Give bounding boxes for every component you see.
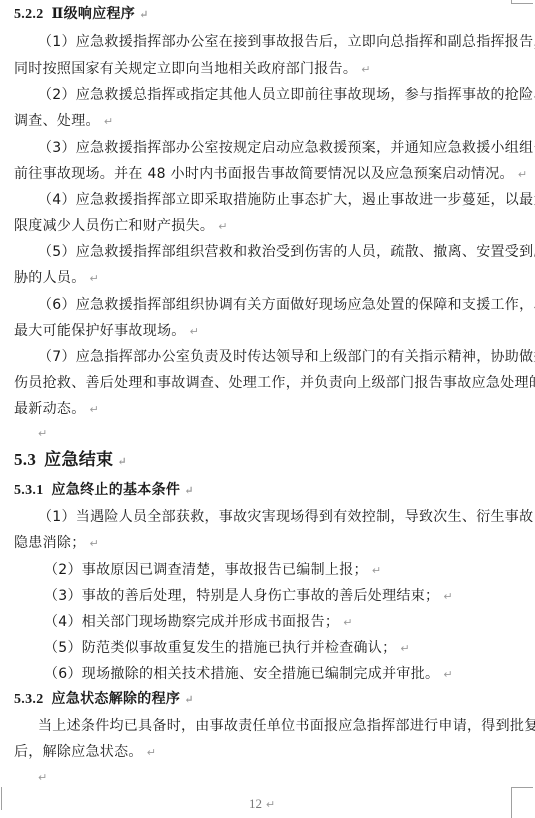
empty-paragraph: ↵ bbox=[38, 424, 48, 443]
text: （3）事故的善后处理，特别是人身伤亡事故的善后处理结束； bbox=[44, 588, 439, 604]
paragraph-mark-icon: ↵ bbox=[218, 220, 228, 233]
heading-number: 5.3.1 bbox=[14, 483, 44, 498]
paragraph-mark-icon: ↵ bbox=[343, 616, 353, 629]
body-text-line: （3）应急救援指挥部办公室按规定启动应急救援预案，并通知应急救援小组组长 bbox=[38, 139, 535, 157]
margin-corner-bottom-right bbox=[511, 787, 533, 788]
paragraph-mark-icon: ↵ bbox=[38, 427, 48, 440]
paragraph-mark-icon: ↵ bbox=[184, 694, 194, 706]
body-text-line: 限度减少人员伤亡和财产损失。↵ bbox=[14, 217, 228, 236]
body-text-line: （1）应急救援指挥部办公室在接到事故报告后，立即向总指挥和副总指挥报告， bbox=[38, 33, 535, 51]
body-text-line: 同时按照国家有关规定立即向当地相关政府部门报告。↵ bbox=[14, 60, 371, 79]
text: （1）应急救援指挥部办公室在接到事故报告后，立即向总指挥和副总指挥报告， bbox=[38, 34, 535, 50]
body-text-line: （5）应急救援指挥部组织营救和救治受到伤害的人员，疏散、撤离、安置受到威 bbox=[38, 243, 535, 261]
body-text-line: 最大可能保护好事故现场。↵ bbox=[14, 322, 199, 341]
body-text-line: （2）事故原因已调查清楚，事故报告已编制上报；↵ bbox=[44, 561, 381, 580]
paragraph-mark-icon: ↵ bbox=[38, 771, 48, 784]
body-text-line: （4）相关部门现场勘察完成并形成书面报告；↵ bbox=[44, 613, 353, 632]
text: （2）应急救援总指挥或指定其他人员立即前往事故现场，参与指挥事故的抢险、 bbox=[38, 87, 535, 103]
heading-title: 应急结束 bbox=[44, 450, 113, 469]
paragraph-mark-icon: ↵ bbox=[117, 456, 127, 468]
text: 隐患消除； bbox=[14, 535, 86, 551]
paragraph-mark-icon: ↵ bbox=[190, 325, 200, 338]
text: 后，解除应急状态。 bbox=[14, 744, 143, 760]
paragraph-mark-icon: ↵ bbox=[266, 799, 275, 811]
body-text-line: 当上述条件均已具备时，由事故责任单位书面报应急指挥部进行申请，得到批复 bbox=[38, 717, 535, 735]
text: （4）相关部门现场勘察完成并形成书面报告； bbox=[44, 614, 339, 630]
paragraph-mark-icon: ↵ bbox=[372, 564, 382, 577]
body-text-line: （1）当遇险人员全部获救，事故灾害现场得到有效控制，导致次生、衍生事故 bbox=[38, 508, 533, 526]
body-text-line: （4）应急救援指挥部立即采取措施防止事态扩大，遏止事故进一步蔓延，以最大 bbox=[38, 191, 535, 209]
paragraph-mark-icon: ↵ bbox=[139, 9, 149, 21]
text: 限度减少人员伤亡和财产损失。 bbox=[14, 218, 214, 234]
text: 伤员抢救、善后处理和事故调查、处理工作，并负责向上级部门报告事故应急处理的 bbox=[14, 375, 535, 391]
body-text-line: 调查、处理。↵ bbox=[14, 112, 113, 131]
text: （5）应急救援指挥部组织营救和救治受到伤害的人员，疏散、撤离、安置受到威 bbox=[38, 244, 535, 260]
body-text-line: 隐患消除；↵ bbox=[14, 534, 99, 553]
paragraph-mark-icon: ↵ bbox=[518, 168, 528, 181]
text: （2）事故原因已调查清楚，事故报告已编制上报； bbox=[44, 562, 368, 578]
body-text-line: （7）应急指挥部办公室负责及时传达领导和上级部门的有关指示精神，协助做好 bbox=[38, 348, 535, 366]
text: （6）现场撤除的相关技术措施、安全措施已编制完成并审批。 bbox=[44, 666, 439, 682]
paragraph-mark-icon: ↵ bbox=[104, 115, 114, 128]
margin-corner-bottom-left bbox=[1, 787, 2, 810]
text: （6）应急救援指挥部组织协调有关方面做好现场应急处置的保障和支援工作，尽 bbox=[38, 297, 535, 313]
margin-corner-top-right bbox=[511, 3, 533, 4]
body-text-line: 伤员抢救、善后处理和事故调查、处理工作，并负责向上级部门报告事故应急处理的 bbox=[14, 374, 535, 392]
heading-title: 应急状态解除的程序 bbox=[52, 692, 181, 707]
body-text-line: 前往事故现场。并在 48 小时内书面报告事故简要情况以及应急预案启动情况。↵ bbox=[14, 165, 527, 184]
text: 同时按照国家有关规定立即向当地相关政府部门报告。 bbox=[14, 61, 357, 77]
heading-number: 5.3 bbox=[14, 450, 36, 469]
empty-paragraph: ↵ bbox=[38, 768, 48, 787]
paragraph-mark-icon: ↵ bbox=[90, 272, 100, 285]
section-heading: 5.3应急结束↵ bbox=[14, 449, 127, 473]
heading-number: 5.3.2 bbox=[14, 692, 44, 707]
text: （3）应急救援指挥部办公室按规定启动应急救援预案，并通知应急救援小组组长 bbox=[38, 140, 535, 156]
body-text-line: （5）防范类似事故重复发生的措施已执行并检查确认；↵ bbox=[44, 639, 410, 658]
paragraph-mark-icon: ↵ bbox=[400, 642, 410, 655]
text: 最大可能保护好事故现场。 bbox=[14, 323, 186, 339]
paragraph-mark-icon: ↵ bbox=[443, 590, 453, 603]
heading-title: Ⅱ级响应程序 bbox=[52, 7, 136, 22]
paragraph-mark-icon: ↵ bbox=[147, 746, 157, 759]
text: （7）应急指挥部办公室负责及时传达领导和上级部门的有关指示精神，协助做好 bbox=[38, 349, 535, 365]
subsection-heading: 5.2.2Ⅱ级响应程序↵ bbox=[14, 6, 149, 24]
text: 胁的人员。 bbox=[14, 270, 86, 286]
subsection-heading: 5.3.1应急终止的基本条件↵ bbox=[14, 482, 194, 500]
subsection-heading: 5.3.2应急状态解除的程序↵ bbox=[14, 691, 194, 709]
body-text-line: （6）应急救援指挥部组织协调有关方面做好现场应急处置的保障和支援工作，尽 bbox=[38, 296, 535, 314]
heading-title: 应急终止的基本条件 bbox=[52, 483, 181, 498]
text: （5）防范类似事故重复发生的措施已执行并检查确认； bbox=[44, 640, 396, 656]
body-text-line: 后，解除应急状态。↵ bbox=[14, 743, 156, 762]
heading-number: 5.2.2 bbox=[14, 7, 44, 22]
body-text-line: （2）应急救援总指挥或指定其他人员立即前往事故现场，参与指挥事故的抢险、 bbox=[38, 86, 535, 104]
paragraph-mark-icon: ↵ bbox=[90, 537, 100, 550]
body-text-line: 胁的人员。↵ bbox=[14, 269, 99, 288]
body-text-line: 最新动态。↵ bbox=[14, 400, 99, 419]
text: （1）当遇险人员全部获救，事故灾害现场得到有效控制，导致次生、衍生事故 bbox=[38, 509, 533, 525]
body-text-line: （6）现场撤除的相关技术措施、安全措施已编制完成并审批。↵ bbox=[44, 665, 453, 684]
text: （4）应急救援指挥部立即采取措施防止事态扩大，遏止事故进一步蔓延，以最大 bbox=[38, 192, 535, 208]
paragraph-mark-icon: ↵ bbox=[184, 485, 194, 497]
text: 调查、处理。 bbox=[14, 113, 100, 129]
text: 当上述条件均已具备时，由事故责任单位书面报应急指挥部进行申请，得到批复 bbox=[38, 718, 535, 734]
paragraph-mark-icon: ↵ bbox=[443, 668, 453, 681]
margin-corner-bottom-right bbox=[511, 787, 512, 818]
paragraph-mark-icon: ↵ bbox=[361, 63, 371, 76]
text: 前往事故现场。并在 48 小时内书面报告事故简要情况以及应急预案启动情况。 bbox=[14, 166, 514, 182]
page-number: 12↵ bbox=[249, 796, 275, 812]
text: 最新动态。 bbox=[14, 401, 86, 417]
page-number-text: 12 bbox=[249, 796, 262, 811]
body-text-line: （3）事故的善后处理，特别是人身伤亡事故的善后处理结束；↵ bbox=[44, 587, 453, 606]
paragraph-mark-icon: ↵ bbox=[90, 403, 100, 416]
